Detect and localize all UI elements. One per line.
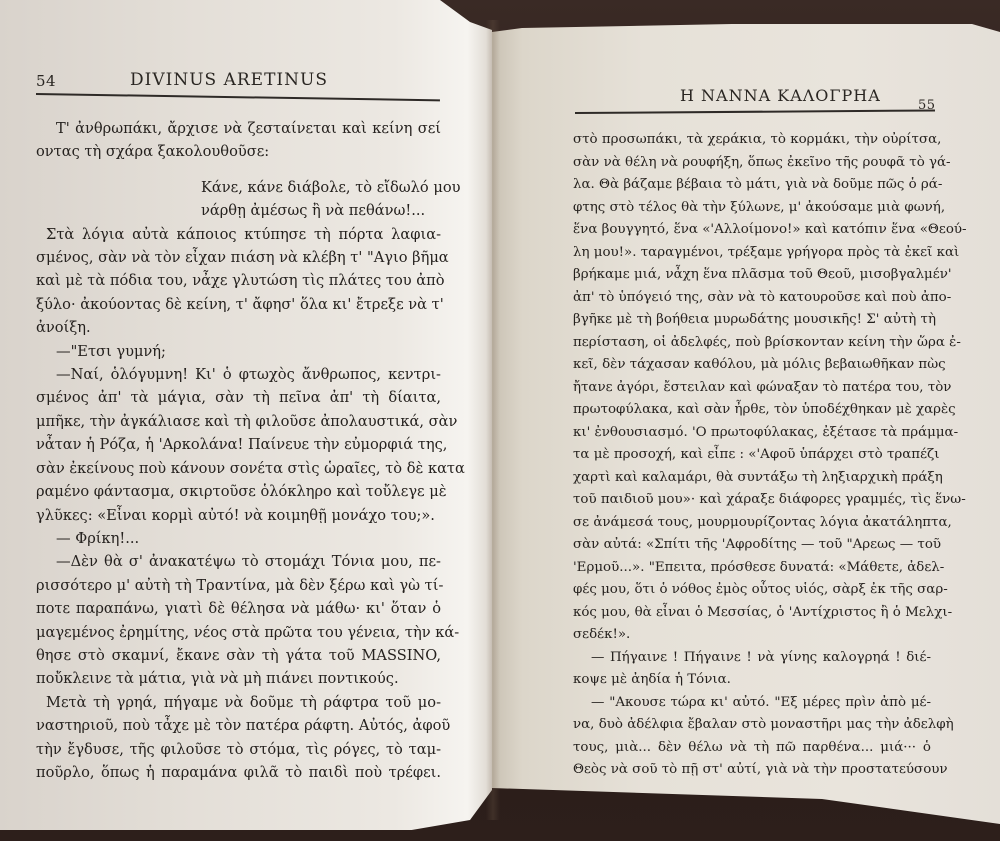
left-page-text: Τ' ἀνθρωπάκι, ἄρχισε νὰ ζεσταίνεται καὶ … — [36, 117, 441, 784]
text-line: να, δυὸ ἀδέλφια ἔβαλαν στὸ μοναστῆρι μας… — [573, 714, 931, 737]
text-line: ἕνα βουγγητό, ἕνα «'Αλλοίμονο!» καὶ κατό… — [573, 219, 931, 242]
text-line: ξύλο· ἀκούοντας δὲ κείνη, τ' ἄφησ' ὅλα κ… — [36, 293, 441, 316]
text-line: μπῆκε, τὴν ἀγκάλιασε καὶ τὴ φιλοῦσε ἀπολ… — [36, 410, 441, 433]
text-line: — Πήγαινε ! Πήγαινε ! νὰ γίνης καλογρηά … — [573, 647, 931, 670]
text-line: βγῆκε μὲ τὴ βοήθεια μυρωδάτης μουσικῆς! … — [573, 309, 931, 332]
book-gutter — [486, 20, 500, 820]
text-line: κοψε μὲ ἀηδία ἡ Τόνια. — [573, 669, 931, 692]
text-line: λα. Θὰ βάζαμε βέβαια τὸ μάτι, γιὰ νὰ δοῦ… — [573, 174, 931, 197]
text-line: ρισσότερο μ' αὐτὴ τὴ Τραντίνα, μὰ δὲν ξέ… — [36, 574, 441, 597]
text-line: —Δὲν θὰ σ' ἀνακατέψω τὸ στομάχι Τόνια μο… — [36, 550, 441, 573]
text-line: φτης στὸ τέλος θὰ τὴν ξύλωνε, μ' ἀκούσαμ… — [573, 197, 931, 220]
text-line: μαγεμένος ἐρημίτης, νέος στὰ πρῶτα του γ… — [36, 621, 441, 644]
text-line: ἀνοίξη. — [36, 316, 441, 339]
text-line: ἀπ' τὸ ὑπόγειό της, σὰν νὰ τὸ κατουροῦσε… — [573, 287, 931, 310]
text-line: Θεὸς νὰ σοῦ τὸ πῇ στ' αὐτί, γιὰ νὰ τὴν π… — [573, 759, 931, 782]
text-line: κεῖ, δὲν τάχασαν καθόλου, μὰ μόλις βεβαι… — [573, 354, 931, 377]
text-line: τὴν ἔγδυσε, τῆς φιλοῦσε τὸ στόμα, τὶς ρό… — [36, 738, 441, 761]
text-line: πρωτοφύλακα, καὶ σὰν ἦρθε, τὸν ὑποδέχθηκ… — [573, 399, 931, 422]
text-line: καὶ μὲ τὰ πόδια του, νἆχε γλυτώση τὶς πλ… — [36, 269, 441, 292]
text-line: —"Ετσι γυμνή; — [36, 340, 441, 363]
text-line: φές μου, ὅτι ὁ νόθος ἐμὸς οὗτος υἱός, σὰ… — [573, 579, 931, 602]
text-line: στὸ προσωπάκι, τὰ χεράκια, τὸ κορμάκι, τ… — [573, 129, 931, 152]
text-line: ποὔκλεινε τὰ μάτια, γιὰ νὰ μὴ πιάνει πον… — [36, 667, 441, 690]
text-line: Τ' ἀνθρωπάκι, ἄρχισε νὰ ζεσταίνεται καὶ … — [36, 117, 441, 140]
text-line: σὰν ἐκείνους ποὺ κάνουν σονέτα στὶς ὡραῖ… — [36, 457, 441, 480]
text-line: βρήκαμε μιά, νἆχη ἕνα πλᾶσμα τοῦ Θεοῦ, μ… — [573, 264, 931, 287]
text-line: Στὰ λόγια αὐτὰ κάποιος κτύπησε τὴ πόρτα … — [36, 223, 441, 246]
text-line: σμένος, σὰν νὰ τὸν εἶχαν πιάση νὰ κλέβη … — [36, 246, 441, 269]
text-line: σε ἀνάμεσά τους, μουρμουρίζοντας λόγια ἀ… — [573, 512, 931, 535]
text-line: γλῦκες: «Εἶναι κορμὶ αὐτό! νὰ κοιμηθῇ μο… — [36, 504, 441, 527]
text-line: ποτε παραπάνω, γιατὶ δὲ θέλησα νὰ μάθω· … — [36, 597, 441, 620]
text-line: σὰν αὐτά: «Σπίτι τῆς 'Αφροδίτης — τοῦ "Α… — [573, 534, 931, 557]
verse-line: νάρθῃ ἀμέσως ἢ νὰ πεθάνω!... — [36, 199, 441, 222]
right-page-text: στὸ προσωπάκι, τὰ χεράκια, τὸ κορμάκι, τ… — [573, 129, 931, 782]
text-line: οντας τὴ σχάρα ξακολουθοῦσε: — [36, 140, 441, 163]
text-line: θησε στὸ σκαμνί, ἔκανε σὰν τὴ γάτα τοῦ M… — [36, 644, 441, 667]
text-line: — "Ακουσε τώρα κι' αὐτό. "Εξ μέρες πρὶν … — [573, 692, 931, 715]
text-line: ἤτανε ἀγόρι, ἔστειλαν καὶ φώναξαν τὸ πατ… — [573, 377, 931, 400]
text-line: 'Ερμοῦ...». "Επειτα, πρόσθεσε δυνατά: «Μ… — [573, 557, 931, 580]
left-running-head: DIVINUS ARETINUS — [130, 70, 328, 90]
left-page-number: 54 — [36, 72, 56, 90]
text-line: τα μὲ προσοχή, καὶ εἶπε : «'Αφοῦ ὑπάρχει… — [573, 444, 931, 467]
text-line: σὰν νὰ θέλη νὰ ρουφήξη, ὅπως ἐκεῖνο τῆς … — [573, 152, 931, 175]
text-line: σεδέκ!». — [573, 624, 931, 647]
text-line: —Ναί, ὁλόγυμνη! Κι' ὁ φτωχὸς ἄνθρωπος, κ… — [36, 363, 441, 386]
text-line: ναστηριοῦ, ποὺ τἆχε μὲ τὸν πατέρα ράφτη.… — [36, 714, 441, 737]
text-line: ποῦρλο, ὅπως ἡ παραμάνα φιλᾶ τὸ παιδὶ πο… — [36, 761, 441, 784]
right-running-head: Η ΝΑΝΝΑ ΚΑΛΟΓΡΗΑ — [680, 86, 881, 105]
text-line: χαρτὶ καὶ καλαμάρι, θὰ συντάξω τὴ ληξιαρ… — [573, 467, 931, 490]
text-line: κι' ἐνθουσιασμό. 'Ο πρωτοφύλακας, ἐξέτασ… — [573, 422, 931, 445]
text-line: νἆταν ἡ Ρόζα, ἡ 'Αρκολάνα! Παίνευε τὴν ε… — [36, 433, 441, 456]
text-line: — Φρίκη!... — [36, 527, 441, 550]
text-line: τοῦ παιδιοῦ μου»· καὶ χάραξε διάφορες γρ… — [573, 489, 931, 512]
verse-line: Κάνε, κάνε διάβολε, τὸ εἴδωλό μου — [36, 176, 441, 199]
text-line: ραμένο φάντασμα, σκιρτοῦσε ὁλόκληρο καὶ … — [36, 480, 441, 503]
text-line: τους, μιὰ... δὲν θέλω νὰ τὴ πῶ παρθένα..… — [573, 737, 931, 760]
text-line: Μετὰ τὴ γρηά, πήγαμε νὰ δοῦμε τὴ ράφτρα … — [36, 691, 441, 714]
text-line: λη μου!». ταραγμένοι, τρέξαμε γρήγορα πρ… — [573, 242, 931, 265]
text-line: σμένος ἀπ' τὰ μάγια, σὰν τὴ πεῖνα ἀπ' τὴ… — [36, 386, 441, 409]
text-line: κός μου, θὰ εἶναι ὁ Μεσσίας, ὁ 'Αντίχρισ… — [573, 602, 931, 625]
text-line: περίσταση, οἱ ἀδελφές, ποὺ βρίσκονταν κε… — [573, 332, 931, 355]
